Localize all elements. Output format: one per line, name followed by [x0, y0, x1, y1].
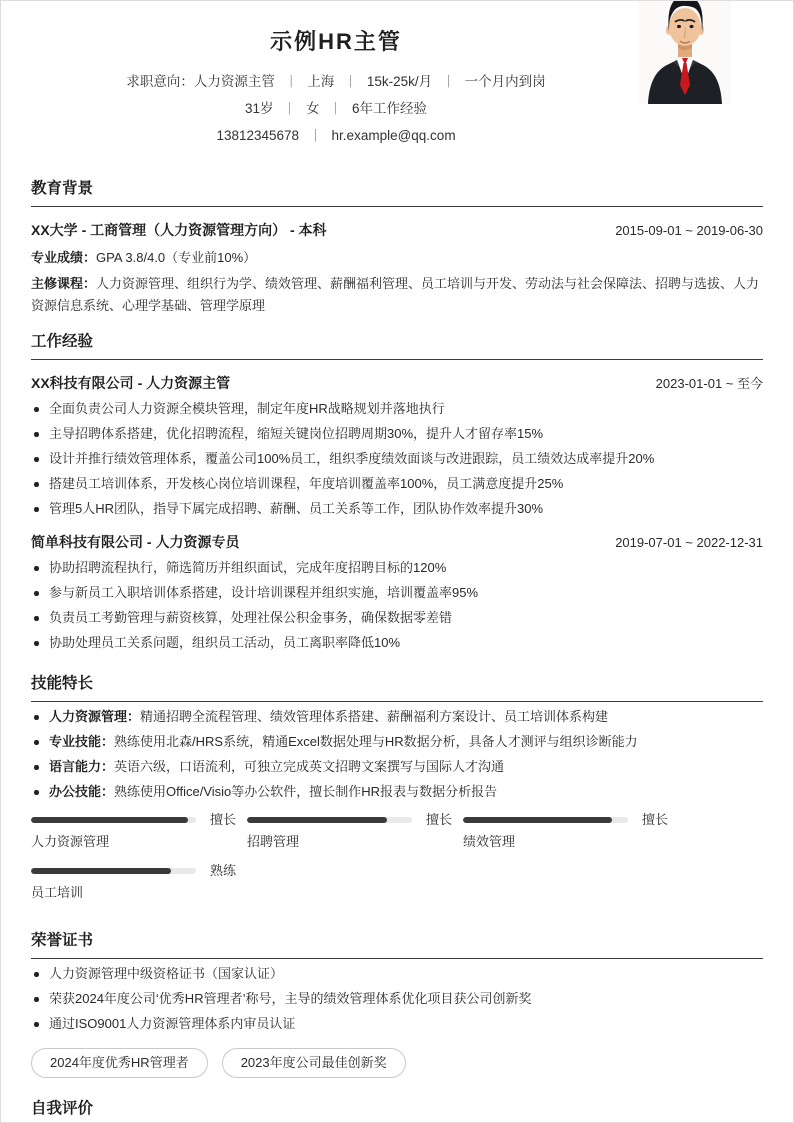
section-skills: 技能特长 人力资源管理：精通招聘全流程管理、绩效管理体系搭建、薪酬福利方案设计、… — [31, 675, 763, 918]
skill-bar-row: 擅长 — [247, 816, 463, 824]
separator: ｜ — [330, 102, 343, 116]
header-text-block: 示例HR主管 求职意向：人力资源主管｜上海｜15k-25k/月｜一个月内到岗 3… — [31, 27, 641, 146]
skill-text: 精通招聘全流程管理、绩效管理体系搭建、薪酬福利方案设计、员工培训体系构建 — [140, 709, 608, 724]
gpa-value: GPA 3.8/4.0（专业前10%） — [96, 250, 256, 265]
skill-bar: 擅长 人力资源管理 — [31, 816, 247, 851]
bar-fill — [31, 868, 171, 874]
contact-line: 13812345678｜hr.example@qq.com — [31, 126, 641, 146]
bar-track — [463, 817, 628, 823]
job-bullet: 参与新员工入职培训体系搭建，设计培训课程并组织实施，培训覆盖率95% — [31, 583, 763, 603]
skill-bar-row: 熟练 — [31, 867, 247, 875]
bar-skill-name: 人力资源管理 — [31, 833, 247, 851]
bar-skill-name: 员工培训 — [31, 884, 247, 902]
honor-bullet: 荣获2024年度公司‘优秀HR管理者’称号，主导的绩效管理体系优化项目获公司创新… — [31, 989, 763, 1009]
gender: 女 — [306, 101, 320, 116]
profile-photo — [639, 0, 731, 104]
bar-level-label: 擅长 — [642, 813, 668, 827]
section-title-experience: 工作经验 — [31, 333, 763, 360]
job-entry: XX科技有限公司 - 人力资源主管 2023-01-01 ~ 至今 全面负责公司… — [31, 373, 763, 519]
skill-text: 熟练使用Office/Visio等办公软件，擅长制作HR报表与数据分析报告 — [114, 784, 497, 799]
section-honors: 荣誉证书 人力资源管理中级资格证书（国家认证） 荣获2024年度公司‘优秀HR管… — [31, 932, 763, 1078]
job-date-range: 2019-07-01 ~ 2022-12-31 — [615, 533, 763, 553]
job-bullet: 主导招聘体系搭建，优化招聘流程，缩短关键岗位招聘周期30%，提升人才留存率15% — [31, 424, 763, 444]
separator: ｜ — [442, 75, 455, 89]
courses-value: 人力资源管理、组织行为学、绩效管理、薪酬福利管理、员工培训与开发、劳动法与社会保… — [31, 276, 759, 313]
resume-page: 示例HR主管 求职意向：人力资源主管｜上海｜15k-25k/月｜一个月内到岗 3… — [1, 1, 793, 1123]
bar-track — [247, 817, 412, 823]
honor-list: 人力资源管理中级资格证书（国家认证） 荣获2024年度公司‘优秀HR管理者’称号… — [31, 964, 763, 1034]
intent-salary: 15k-25k/月 — [367, 74, 432, 89]
job-company-position: 简单科技有限公司 - 人力资源专员 — [31, 532, 239, 552]
intent-label: 求职意向： — [126, 74, 194, 89]
separator: ｜ — [283, 102, 296, 116]
job-bullet: 协助处理员工关系问题，组织员工活动，员工离职率降低10% — [31, 633, 763, 653]
intent-city: 上海 — [307, 74, 334, 89]
education-date-range: 2015-09-01 ~ 2019-06-30 — [615, 221, 763, 241]
honor-bullet: 通过ISO9001人力资源管理体系内审员认证 — [31, 1014, 763, 1034]
bar-fill — [31, 817, 188, 823]
courses-label: 主修课程： — [31, 276, 96, 291]
job-bullet: 设计并推行绩效管理体系，覆盖公司100%员工，组织季度绩效面谈与改进跟踪，员工绩… — [31, 449, 763, 469]
intent-availability: 一个月内到岗 — [465, 74, 546, 89]
section-title-skills: 技能特长 — [31, 675, 763, 702]
job-company-position: XX科技有限公司 - 人力资源主管 — [31, 373, 230, 393]
separator: ｜ — [309, 129, 322, 143]
skill-label: 人力资源管理： — [49, 709, 140, 724]
job-intent-line: 求职意向：人力资源主管｜上海｜15k-25k/月｜一个月内到岗 — [31, 72, 641, 92]
courses-line: 主修课程：人力资源管理、组织行为学、绩效管理、薪酬福利管理、员工培训与开发、劳动… — [31, 273, 763, 317]
bar-level-label: 擅长 — [426, 813, 452, 827]
skill-bar-row: 擅长 — [463, 816, 679, 824]
skill-item: 语言能力：英语六级，口语流利，可独立完成英文招聘文案撰写与国际人才沟通 — [31, 757, 763, 777]
section-education: 教育背景 XX大学 - 工商管理（人力资源管理方向） - 本科 2015-09-… — [31, 180, 763, 317]
resume-header: 示例HR主管 求职意向：人力资源主管｜上海｜15k-25k/月｜一个月内到岗 3… — [31, 1, 763, 158]
skill-label: 专业技能： — [49, 734, 114, 749]
job-entry: 简单科技有限公司 - 人力资源专员 2019-07-01 ~ 2022-12-3… — [31, 532, 763, 653]
job-bullet: 负责员工考勤管理与薪资核算，处理社保公积金事务，确保数据零差错 — [31, 608, 763, 628]
job-bullet-list: 全面负责公司人力资源全模块管理，制定年度HR战略规划并落地执行 主导招聘体系搭建… — [31, 399, 763, 519]
job-entry-head: 简单科技有限公司 - 人力资源专员 2019-07-01 ~ 2022-12-3… — [31, 532, 763, 553]
skill-item: 办公技能：熟练使用Office/Visio等办公软件，擅长制作HR报表与数据分析… — [31, 782, 763, 802]
bar-fill — [463, 817, 612, 823]
education-school-degree: XX大学 - 工商管理（人力资源管理方向） - 本科 — [31, 220, 327, 240]
experience-years: 6年工作经验 — [352, 101, 427, 116]
bar-skill-name: 绩效管理 — [463, 833, 679, 851]
gpa-line: 专业成绩：GPA 3.8/4.0（专业前10%） — [31, 247, 763, 269]
section-self-evaluation: 自我评价 — [31, 1100, 763, 1123]
job-entry-head: XX科技有限公司 - 人力资源主管 2023-01-01 ~ 至今 — [31, 373, 763, 394]
phone-number: 13812345678 — [216, 128, 299, 143]
separator: ｜ — [285, 75, 298, 89]
bar-track — [31, 817, 196, 823]
skill-label: 办公技能： — [49, 784, 114, 799]
skill-list: 人力资源管理：精通招聘全流程管理、绩效管理体系搭建、薪酬福利方案设计、员工培训体… — [31, 707, 763, 802]
bar-level-label: 熟练 — [210, 864, 236, 878]
honor-tag: 2023年度公司最佳创新奖 — [222, 1048, 406, 1078]
intent-position: 人力资源主管 — [194, 74, 275, 89]
personal-info-line: 31岁｜女｜6年工作经验 — [31, 99, 641, 119]
honor-tag: 2024年度优秀HR管理者 — [31, 1048, 208, 1078]
email-address: hr.example@qq.com — [332, 128, 456, 143]
skill-bar: 擅长 绩效管理 — [463, 816, 679, 851]
job-date-range: 2023-01-01 ~ 至今 — [656, 374, 763, 394]
portrait-illustration — [639, 0, 731, 104]
section-experience: 工作经验 XX科技有限公司 - 人力资源主管 2023-01-01 ~ 至今 全… — [31, 333, 763, 653]
job-bullet: 搭建员工培训体系，开发核心岗位培训课程，年度培训覆盖率100%，员工满意度提升2… — [31, 474, 763, 494]
bar-fill — [247, 817, 387, 823]
skill-text: 英语六级，口语流利，可独立完成英文招聘文案撰写与国际人才沟通 — [114, 759, 504, 774]
skill-item: 人力资源管理：精通招聘全流程管理、绩效管理体系搭建、薪酬福利方案设计、员工培训体… — [31, 707, 763, 727]
job-bullet-list: 协助招聘流程执行，筛选简历并组织面试，完成年度招聘目标的120% 参与新员工入职… — [31, 558, 763, 653]
section-title-honors: 荣誉证书 — [31, 932, 763, 959]
candidate-name: 示例HR主管 — [31, 27, 641, 57]
section-title-education: 教育背景 — [31, 180, 763, 207]
bar-skill-name: 招聘管理 — [247, 833, 463, 851]
skill-bar-row: 擅长 — [31, 816, 247, 824]
gpa-label: 专业成绩： — [31, 250, 96, 265]
skill-bar: 擅长 招聘管理 — [247, 816, 463, 851]
job-bullet: 协助招聘流程执行，筛选简历并组织面试，完成年度招聘目标的120% — [31, 558, 763, 578]
skill-text: 熟练使用北森/HRS系统，精通Excel数据处理与HR数据分析，具备人才测评与组… — [114, 734, 638, 749]
skill-bar: 熟练 员工培训 — [31, 867, 247, 902]
age: 31岁 — [245, 101, 274, 116]
job-bullet: 管理5人HR团队，指导下属完成招聘、薪酬、员工关系等工作，团队协作效率提升30% — [31, 499, 763, 519]
skill-item: 专业技能：熟练使用北森/HRS系统，精通Excel数据处理与HR数据分析，具备人… — [31, 732, 763, 752]
education-entry-head: XX大学 - 工商管理（人力资源管理方向） - 本科 2015-09-01 ~ … — [31, 220, 763, 241]
bar-level-label: 擅长 — [210, 813, 236, 827]
skill-label: 语言能力： — [49, 759, 114, 774]
honor-bullet: 人力资源管理中级资格证书（国家认证） — [31, 964, 763, 984]
bar-track — [31, 868, 196, 874]
section-title-self-evaluation: 自我评价 — [31, 1100, 763, 1123]
honor-tags: 2024年度优秀HR管理者 2023年度公司最佳创新奖 — [31, 1048, 763, 1078]
separator: ｜ — [344, 75, 357, 89]
skill-bars: 擅长 人力资源管理 擅长 招聘管理 擅长 绩效管理 — [31, 816, 763, 918]
job-bullet: 全面负责公司人力资源全模块管理，制定年度HR战略规划并落地执行 — [31, 399, 763, 419]
